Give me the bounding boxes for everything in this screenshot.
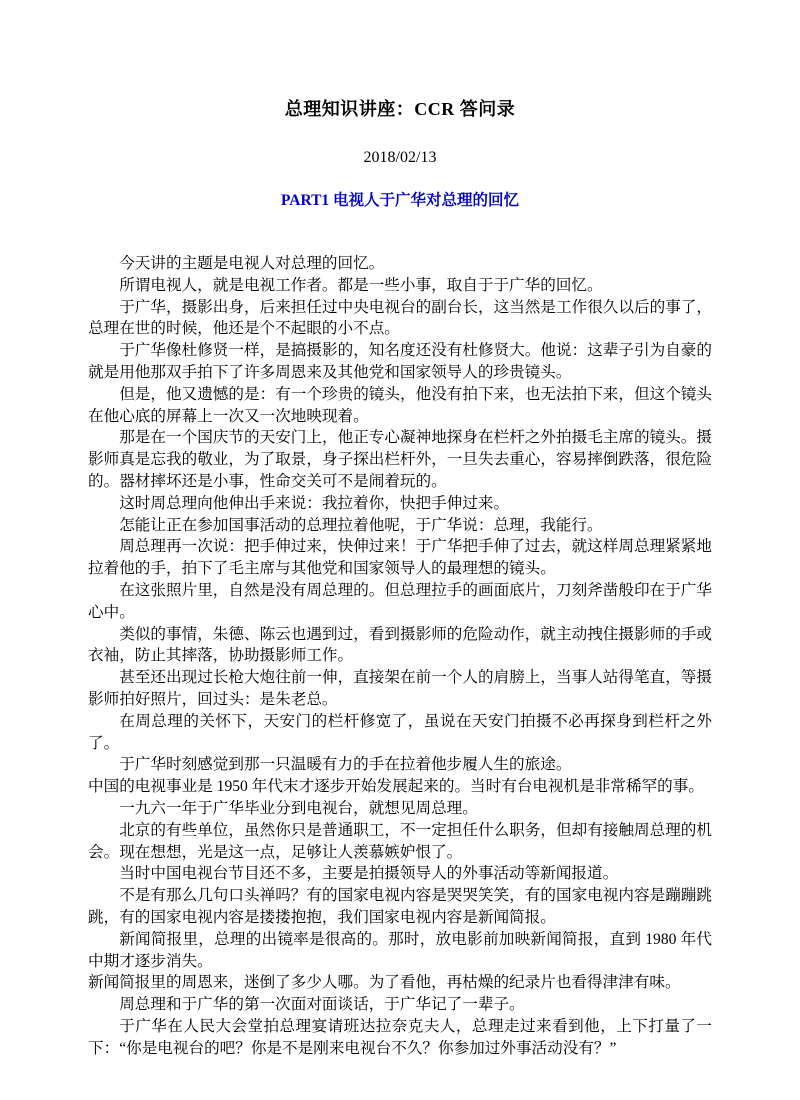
section-heading: PART1 电视人于广华对总理的回忆 bbox=[88, 190, 712, 211]
paragraph: 在周总理的关怀下，天安门的栏杆修宽了，虽说在天安门拍摄不必再探身到栏杆之外了。 bbox=[88, 711, 712, 755]
document-date: 2018/02/13 bbox=[88, 147, 712, 168]
document-page: 总理知识讲座：CCR 答问录 2018/02/13 PART1 电视人于广华对总… bbox=[0, 0, 800, 1100]
paragraph: 于广华，摄影出身，后来担任过中央电视台的副台长，这当然是工作很久以后的事了，总理… bbox=[88, 297, 712, 341]
paragraph: 于广华在人民大会堂拍总理宴请班达拉奈克夫人，总理走过来看到他，上下打量了一下：“… bbox=[88, 1016, 712, 1060]
paragraph: 今天讲的主题是电视人对总理的回忆。 bbox=[88, 253, 712, 275]
paragraph: 在这张照片里，自然是没有周总理的。但总理拉手的画面底片，刀刻斧凿般印在于广华心中… bbox=[88, 580, 712, 624]
paragraph: 但是，他又遗憾的是：有一个珍贵的镜头，他没有拍下来，也无法拍下来，但这个镜头在他… bbox=[88, 384, 712, 428]
paragraph: 中国的电视事业是 1950 年代末才逐步开始发展起来的。当时有台电视机是非常稀罕… bbox=[88, 776, 712, 798]
paragraph: 周总理和于广华的第一次面对面谈话，于广华记了一辈子。 bbox=[88, 994, 712, 1016]
paragraph: 甚至还出现过长枪大炮往前一伸，直接架在前一个人的肩膀上，当事人站得笔直，等摄影师… bbox=[88, 667, 712, 711]
document-body: 今天讲的主题是电视人对总理的回忆。 所谓电视人，就是电视工作者。都是一些小事，取… bbox=[88, 253, 712, 1059]
paragraph: 周总理再一次说：把手伸过来，快伸过来！于广华把手伸了过去，就这样周总理紧紧地拉着… bbox=[88, 536, 712, 580]
paragraph: 新闻简报里，总理的出镜率是很高的。那时，放电影前加映新闻简报，直到 1980 年… bbox=[88, 929, 712, 973]
document-content: 总理知识讲座：CCR 答问录 2018/02/13 PART1 电视人于广华对总… bbox=[0, 0, 800, 1059]
paragraph: 新闻简报里的周恩来，迷倒了多少人哪。为了看他，再枯燥的纪录片也看得津津有味。 bbox=[88, 972, 712, 994]
paragraph: 于广华时刻感觉到那一只温暖有力的手在拉着他步履人生的旅途。 bbox=[88, 754, 712, 776]
paragraph: 所谓电视人，就是电视工作者。都是一些小事，取自于于广华的回忆。 bbox=[88, 275, 712, 297]
paragraph: 当时中国电视台节目还不多，主要是拍摄领导人的外事活动等新闻报道。 bbox=[88, 863, 712, 885]
paragraph: 于广华像杜修贤一样，是搞摄影的，知名度还没有杜修贤大。他说：这辈子引为自豪的就是… bbox=[88, 340, 712, 384]
paragraph: 不是有那么几句口头禅吗？有的国家电视内容是哭哭笑笑，有的国家电视内容是蹦蹦跳跳，… bbox=[88, 885, 712, 929]
paragraph: 那是在一个国庆节的天安门上，他正专心凝神地探身在栏杆之外拍摄毛主席的镜头。摄影师… bbox=[88, 427, 712, 492]
document-title: 总理知识讲座：CCR 答问录 bbox=[88, 97, 712, 121]
paragraph: 北京的有些单位，虽然你只是普通职工，不一定担任什么职务，但却有接触周总理的机会。… bbox=[88, 820, 712, 864]
paragraph: 这时周总理向他伸出手来说：我拉着你，快把手伸过来。 bbox=[88, 493, 712, 515]
paragraph: 一九六一年于广华毕业分到电视台，就想见周总理。 bbox=[88, 798, 712, 820]
paragraph: 怎能让正在参加国事活动的总理拉着他呢，于广华说：总理，我能行。 bbox=[88, 515, 712, 537]
paragraph: 类似的事情，朱德、陈云也遇到过，看到摄影师的危险动作，就主动拽住摄影师的手或衣袖… bbox=[88, 624, 712, 668]
